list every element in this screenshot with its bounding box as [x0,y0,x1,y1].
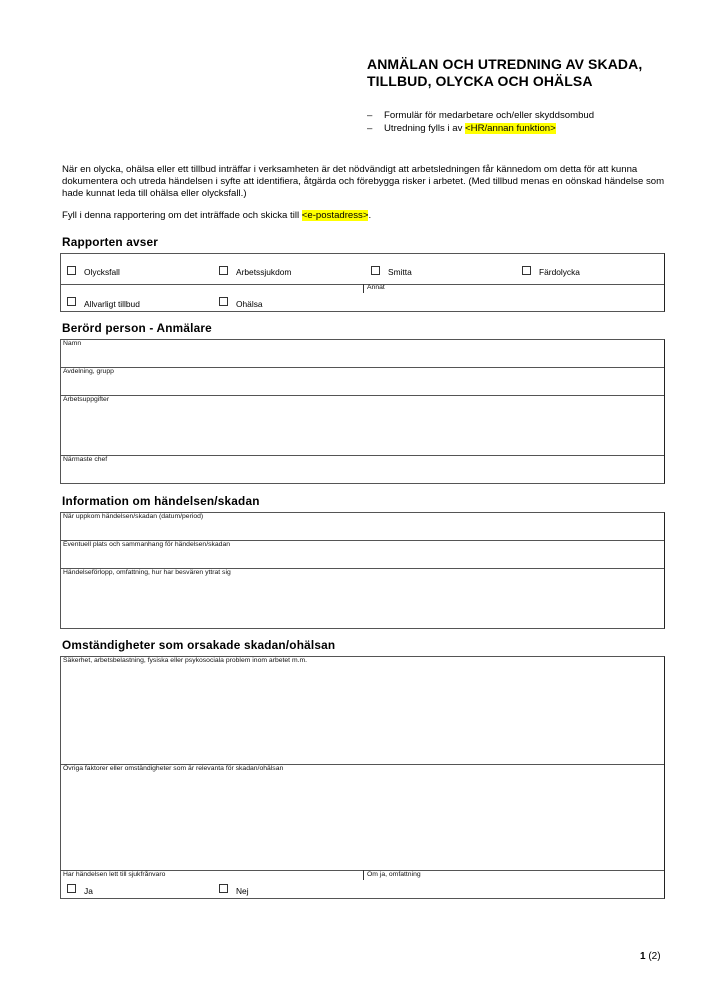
checkbox-label: Arbetssjukdom [236,267,291,277]
bullet-item: – Utredning fylls i av <HR/annan funktio… [367,122,594,135]
checkbox-ohalsa[interactable] [219,297,228,306]
field-label-sick-leave: Har händelsen lett till sjukfrånvaro [63,871,165,879]
page-total: (2) [648,951,660,962]
place-input[interactable] [63,550,661,568]
field-label-safety: Säkerhet, arbetsbelastning, fysiska elle… [63,657,307,665]
report-type-box: Olycksfall Arbetssjukdom Smitta Färdolyc… [60,253,665,312]
intro-text: När en olycka, ohälsa eller ett tillbud … [62,164,672,200]
send-instruction-suffix: . [368,210,371,221]
arbetsuppgifter-input[interactable] [63,405,661,455]
page-current: 1 [640,951,646,962]
bullet-dash: – [367,122,384,135]
checkbox-label: Nej [236,886,249,896]
course-input[interactable] [63,578,661,628]
bullet-text: Formulär för medarbetare och/eller skydd… [384,109,594,122]
namn-input[interactable] [63,349,661,367]
checkbox-fardolycka[interactable] [522,266,531,275]
page-number: 1 (2) [640,951,661,962]
person-box: Namn Avdelning, grupp Arbetsuppgifter Nä… [60,339,665,484]
checkbox-label: Ja [84,886,93,896]
bullet-dash: – [367,109,384,122]
avdelning-input[interactable] [63,377,661,395]
field-label-extent: Om ja, omfattning [367,871,421,879]
field-label-other-factors: Övriga faktorer eller omständigheter som… [63,765,283,773]
intro-paragraph: När en olycka, ohälsa eller ett tillbud … [62,164,672,200]
field-label-narmaste-chef: Närmaste chef [63,456,107,464]
checkbox-nej[interactable] [219,884,228,893]
date-input[interactable] [63,522,661,540]
bullet-item: – Formulär för medarbetare och/eller sky… [367,109,594,122]
row-divider [61,455,664,456]
field-label-namn: Namn [63,340,81,348]
checkbox-ja[interactable] [67,884,76,893]
form-title: ANMÄLAN OCH UTREDNING AV SKADA, TILLBUD,… [367,56,687,90]
checkbox-label: Olycksfall [84,267,120,277]
checkbox-label: Ohälsa [236,299,263,309]
other-field-input[interactable] [367,294,657,310]
checkbox-arbetssjukdom[interactable] [219,266,228,275]
info-box: När uppkom händelsen/skadan (datum/perio… [60,512,665,629]
checkbox-label: Allvarligt tillbud [84,299,140,309]
narmaste-chef-input[interactable] [63,465,661,483]
other-factors-input[interactable] [63,774,661,870]
field-label-date: När uppkom händelsen/skadan (datum/perio… [63,513,203,521]
annat-divider [363,284,364,293]
section-heading-info: Information om händelsen/skadan [62,494,260,508]
extent-divider [363,870,364,880]
placeholder-hr-function: <HR/annan funktion> [465,123,556,134]
row-divider [61,395,664,396]
bullet-text-prefix: Utredning fylls i av [384,123,465,134]
section-heading-report-type: Rapporten avser [62,235,158,249]
circumstances-box: Säkerhet, arbetsbelastning, fysiska elle… [60,656,665,899]
form-title-line-2: TILLBUD, OLYCKA OCH OHÄLSA [367,73,687,90]
other-field-label: Annat [367,284,385,292]
send-instruction-text: Fyll i denna rapportering om det inträff… [62,210,302,221]
bullet-text: Utredning fylls i av <HR/annan funktion> [384,122,556,135]
section-heading-circumstances: Omständigheter som orsakade skadan/ohäls… [62,638,335,652]
field-label-avdelning: Avdelning, grupp [63,368,114,376]
form-title-line-1: ANMÄLAN OCH UTREDNING AV SKADA, [367,56,687,73]
field-label-arbetsuppgifter: Arbetsuppgifter [63,396,109,404]
field-label-place: Eventuell plats och sammanhang för hände… [63,541,230,549]
checkbox-smitta[interactable] [371,266,380,275]
header-bullets: – Formulär för medarbetare och/eller sky… [367,109,594,135]
checkbox-olycksfall[interactable] [67,266,76,275]
checkbox-label: Färdolycka [539,267,580,277]
checkbox-label: Smitta [388,267,412,277]
extent-input[interactable] [367,881,661,898]
safety-input[interactable] [63,666,661,764]
checkbox-allvarligt-tillbud[interactable] [67,297,76,306]
placeholder-email: <e-postadress> [302,210,369,221]
field-label-course: Händelseförlopp, omfattning, hur har bes… [63,569,231,577]
row-divider [61,367,664,368]
section-heading-person: Berörd person - Anmälare [62,321,212,335]
send-instruction: Fyll i denna rapportering om det inträff… [62,210,371,222]
